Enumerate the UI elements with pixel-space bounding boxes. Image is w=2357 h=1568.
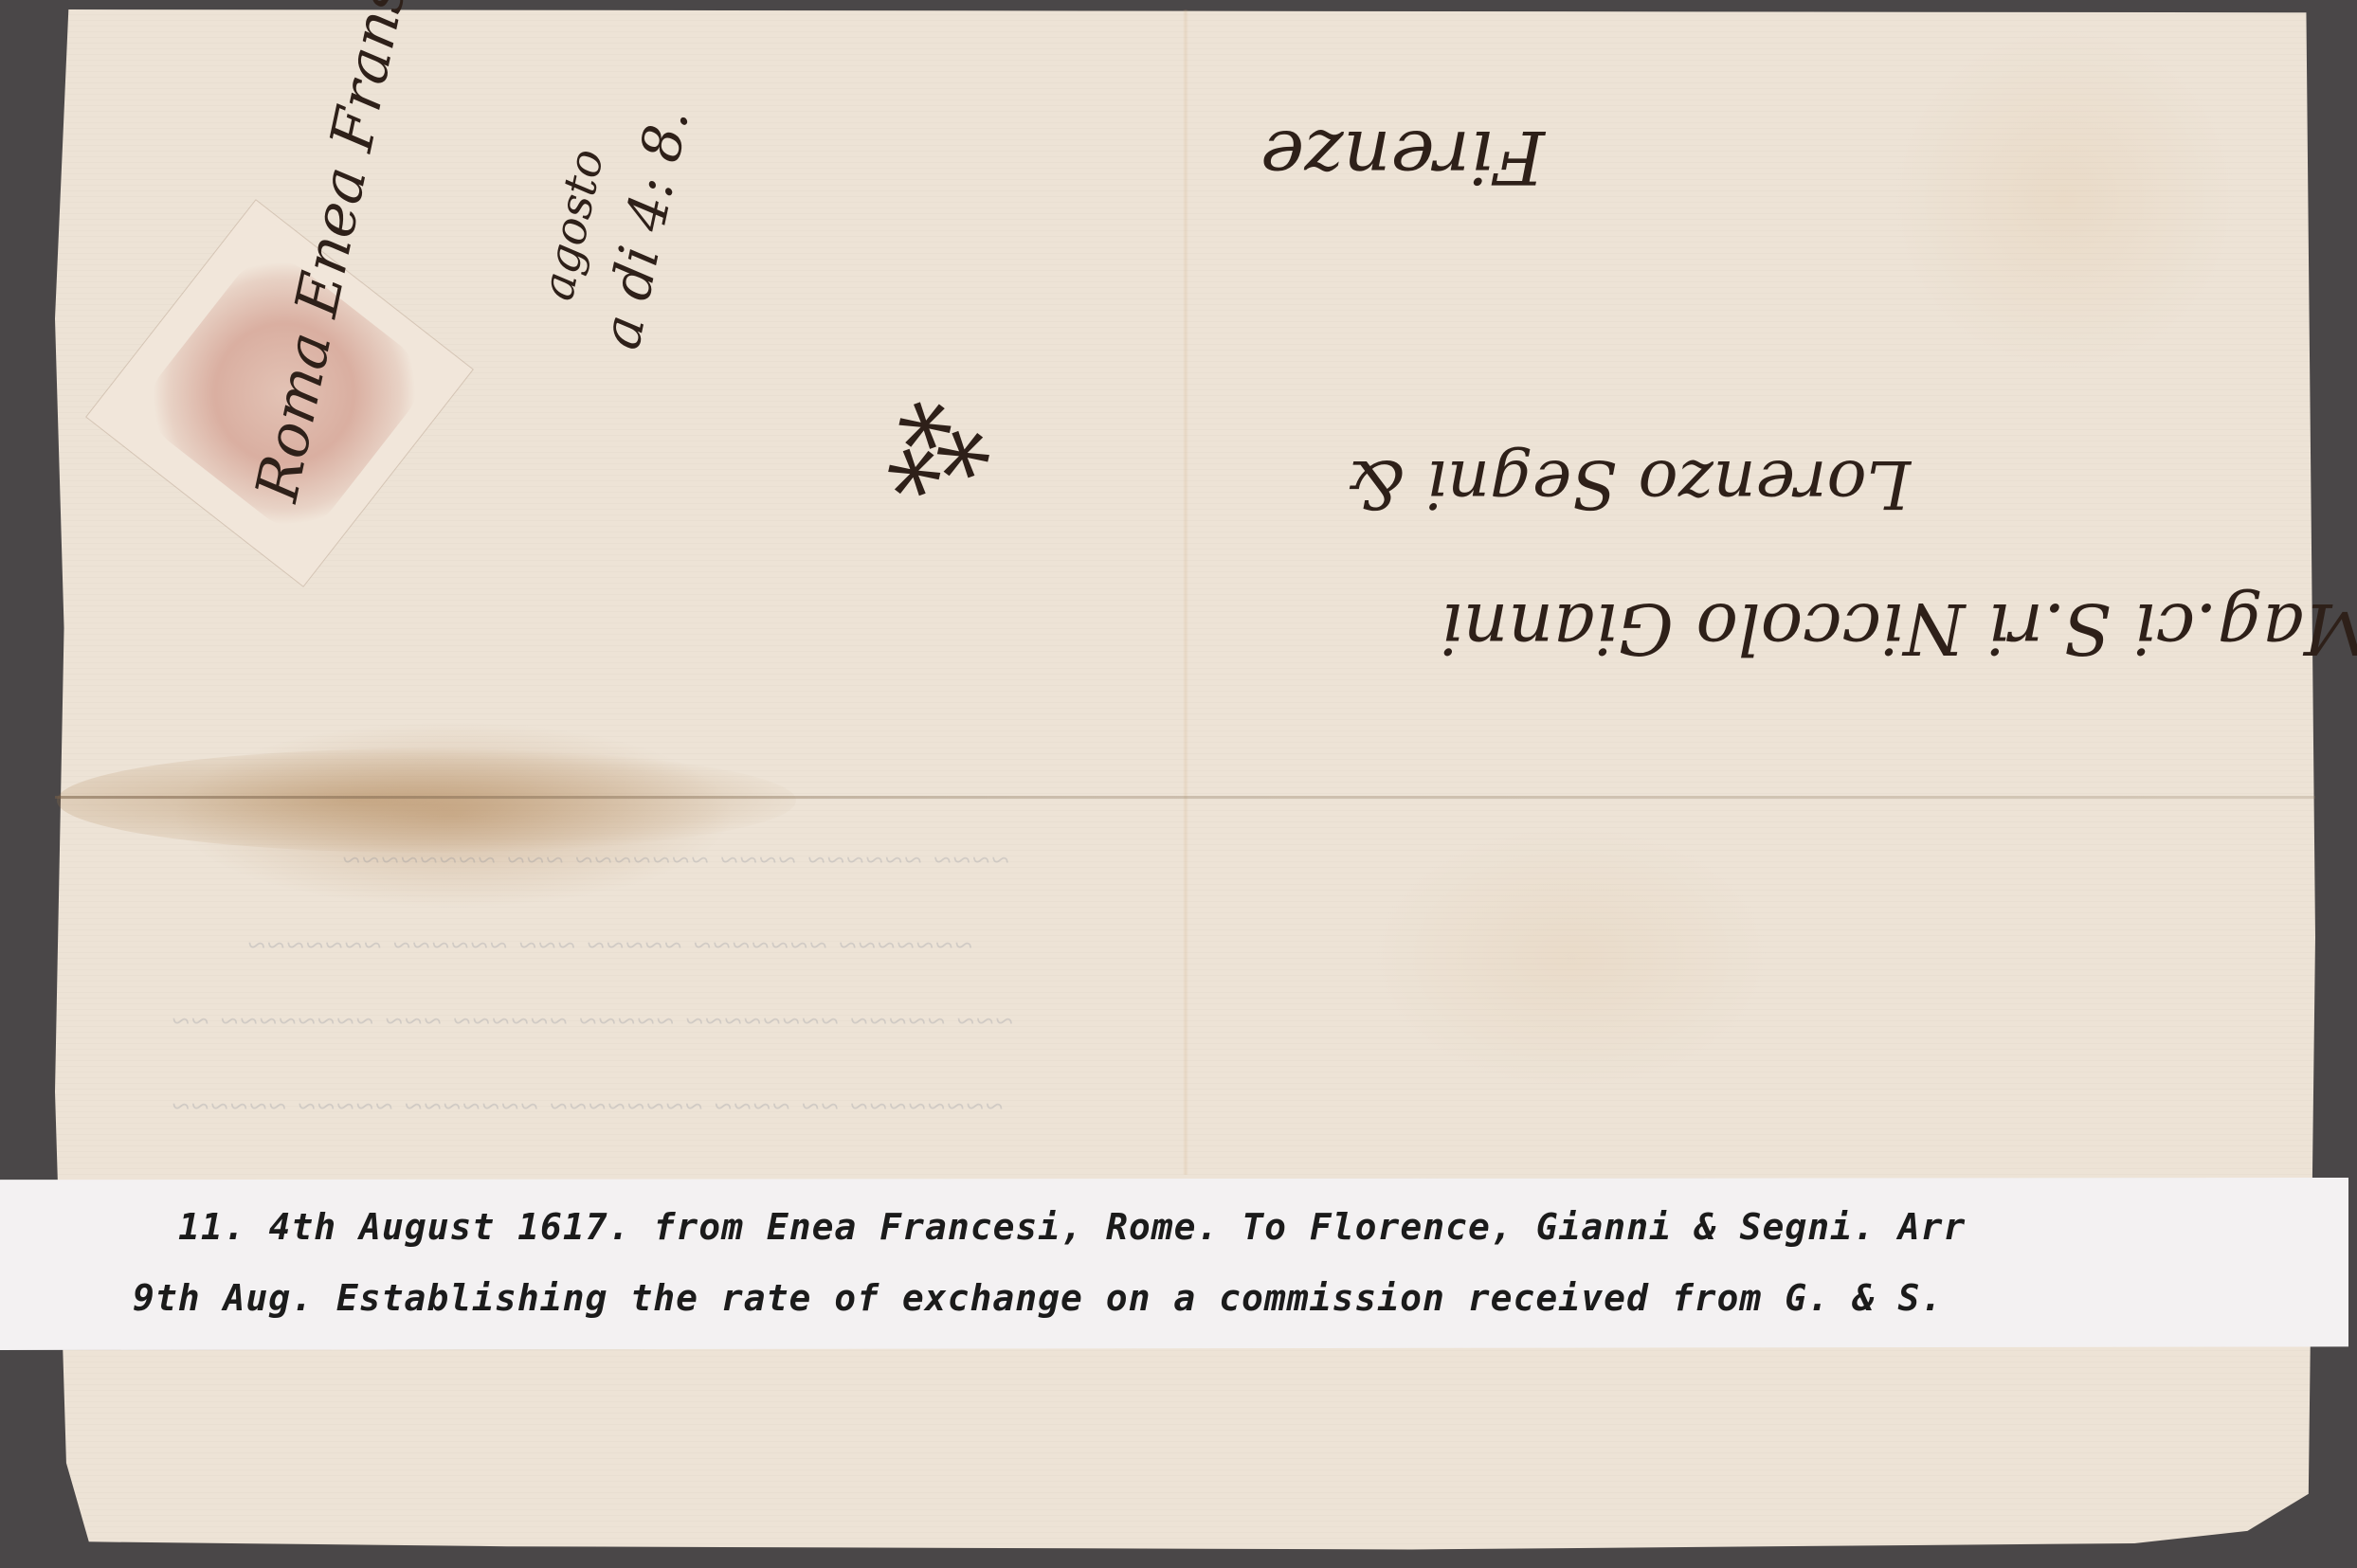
address-recipient-line-2: Lorenzo Segni & [1346,445,1911,523]
show-through-text: ~~~ ~~~~~ ~~~~~~~~ ~~~~~ ~~~~~~ ~~~ ~~~~… [171,1004,1013,1040]
horizontal-fold-line [55,796,2315,799]
show-through-text: ~~~~ ~~~~~~ ~~~~ ~~~~~~~ ~~~ ~~~~~~~~ [341,843,1009,879]
typed-description-label: 11. 4th August 1617. from Enea Francesi,… [0,1178,2348,1350]
water-stain [57,748,796,853]
label-line-2: 9th Aug. Establishing the rate of exchan… [0,1277,2357,1319]
address-city: Firenze [1260,114,1545,199]
address-recipient-line-1: A Mag.ci S.ri Niccolo Gianni [1441,587,2357,669]
vertical-fold-line [1183,9,1188,1175]
show-through-text: ~~~~~~~ ~~~~~~~ ~~~~~ ~~~ ~~~~~~ ~~~~~~~ [246,928,972,964]
label-line-1: 11. 4th August 1617. from Enea Francesi,… [0,1206,2357,1248]
show-through-text: ~~~~~~~~ ~~ ~~~~ ~~~~~~~~ ~~~~~~~ ~~~~~ … [171,1090,1004,1126]
